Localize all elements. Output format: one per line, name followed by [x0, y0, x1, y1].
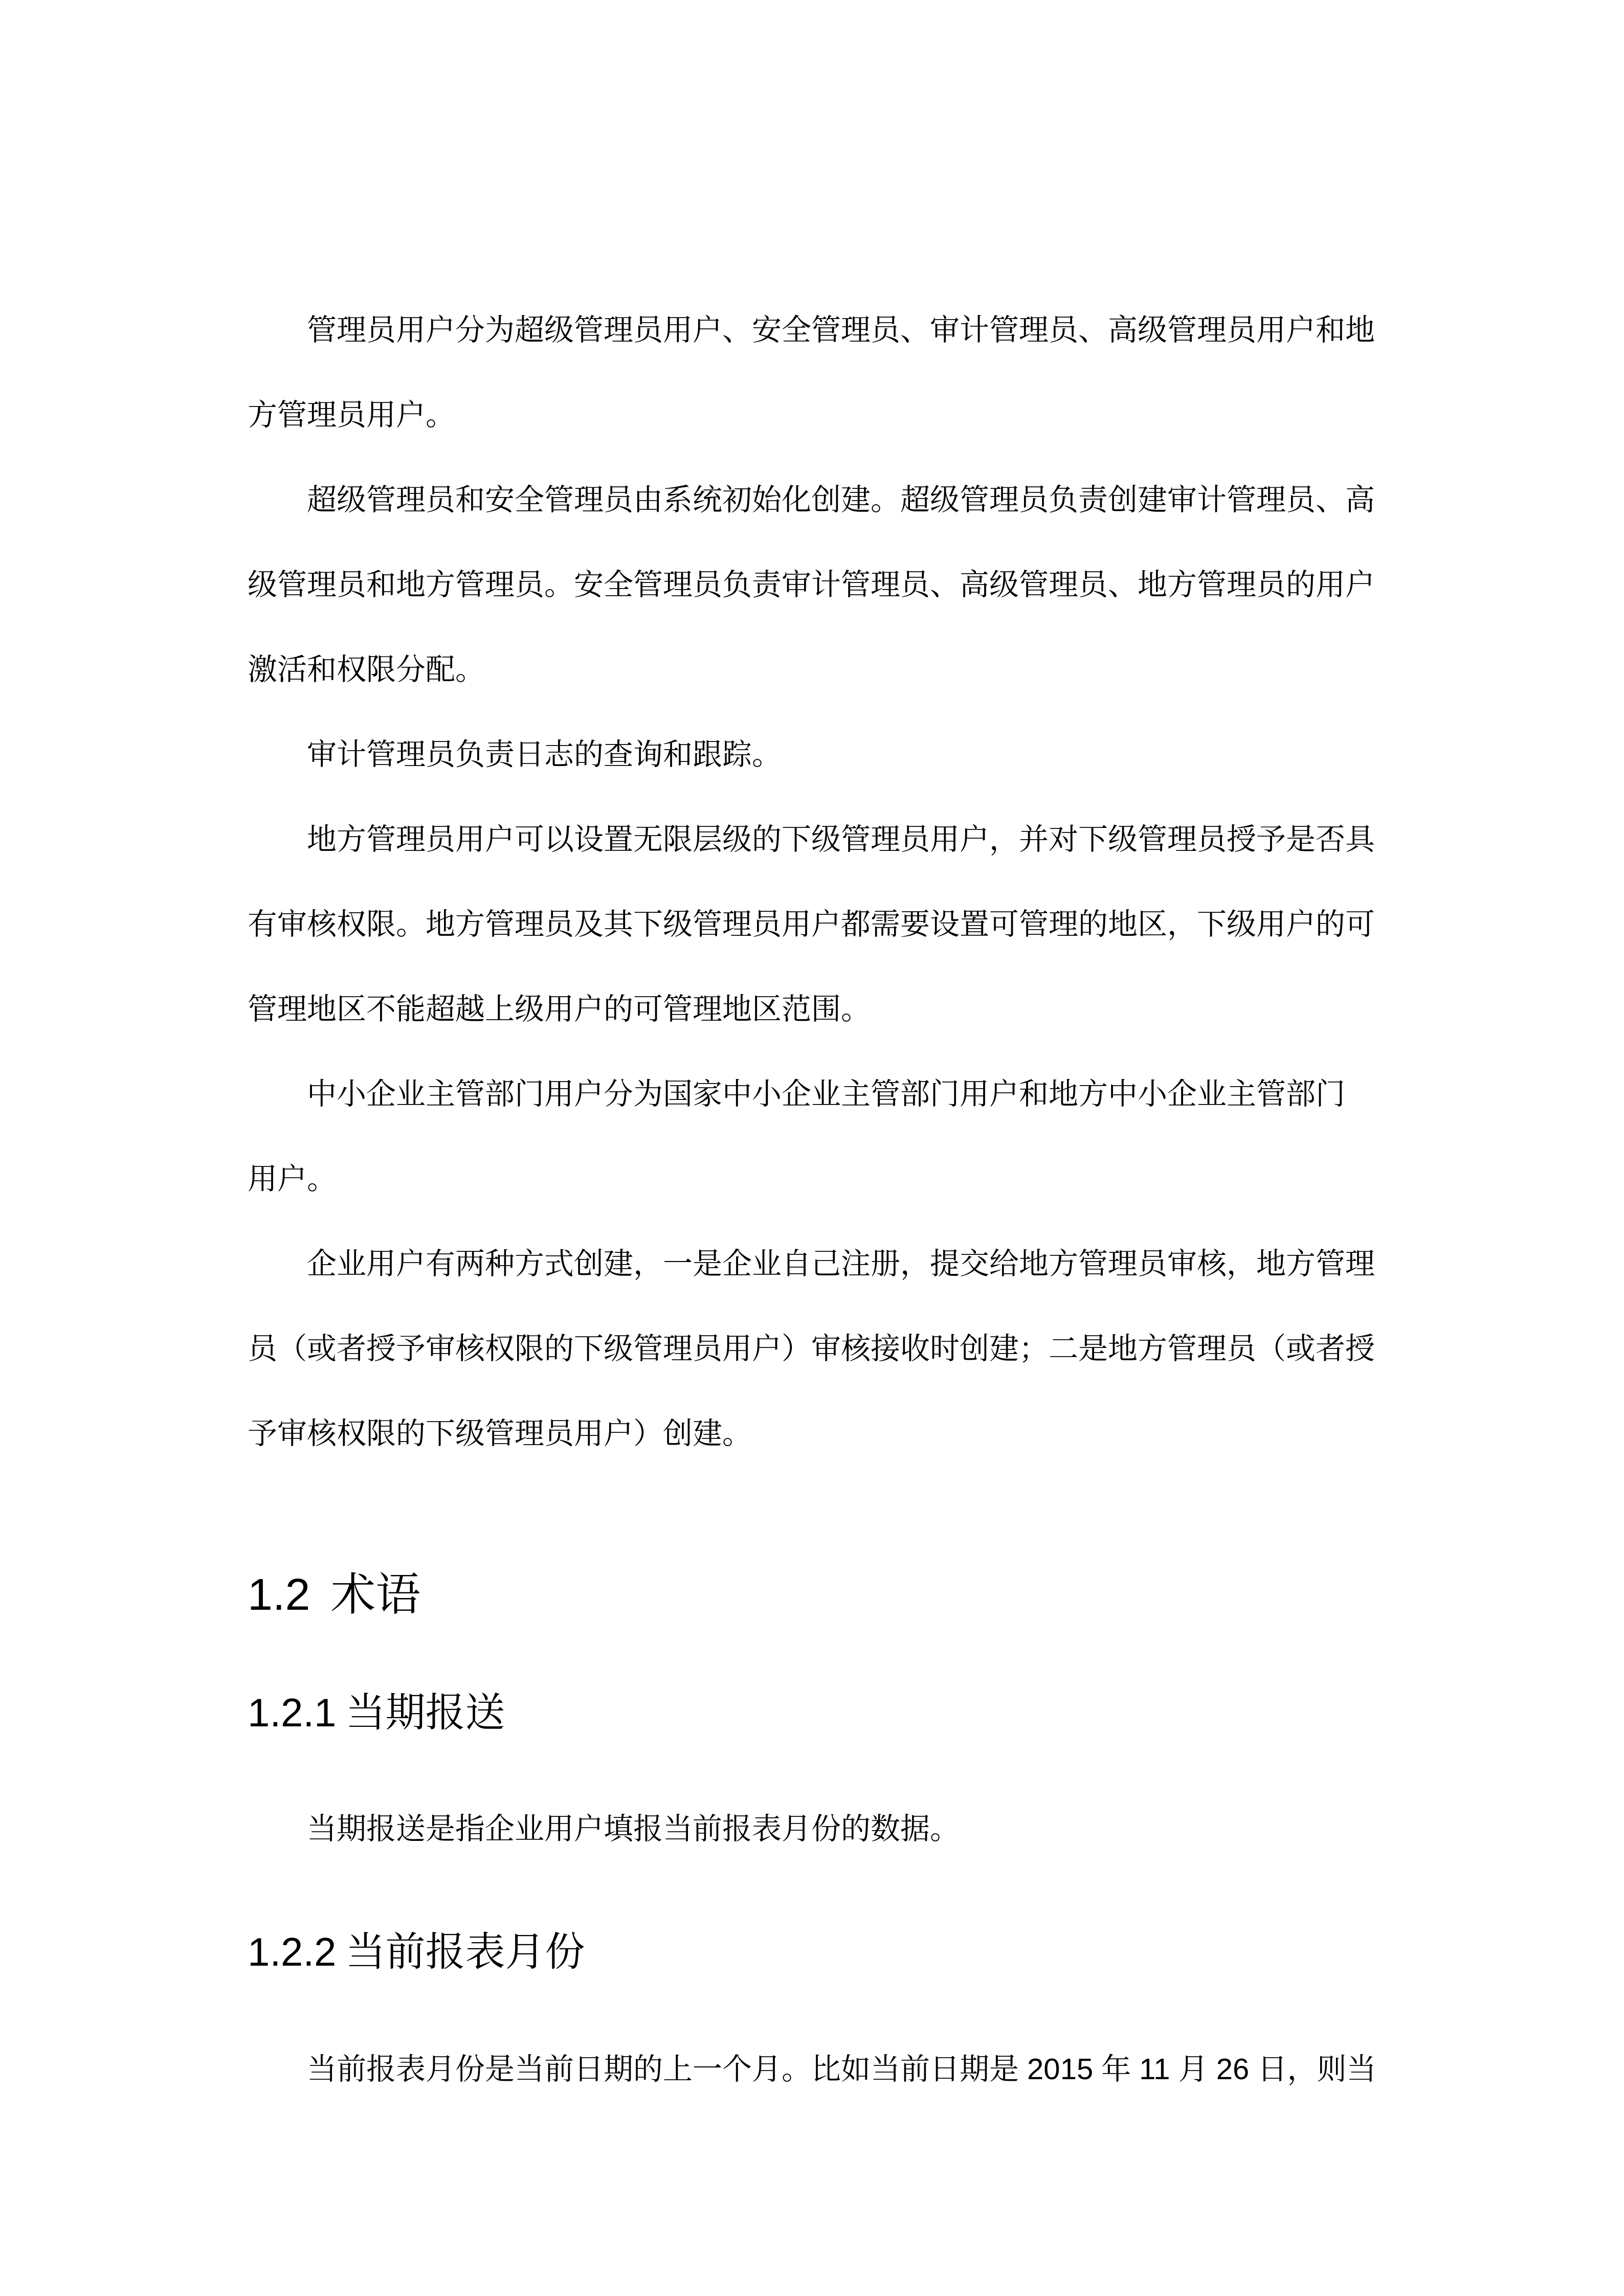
body-line: 予审核权限的下级管理员用户）创建。	[248, 1391, 1376, 1476]
body-line: 管理地区不能超越上级用户的可管理地区范围。	[248, 967, 1376, 1052]
heading-number: 1.2.1	[248, 1690, 336, 1735]
body-line: 超级管理员和安全管理员由系统初始化创建。超级管理员负责创建审计管理员、高	[248, 458, 1376, 543]
body-line: 企业用户有两种方式创建，一是企业自己注册，提交给地方管理员审核，地方管理	[248, 1222, 1376, 1307]
body-line: 激活和权限分配。	[248, 627, 1376, 712]
intro-paragraphs: 管理员用户分为超级管理员用户、安全管理员、审计管理员、高级管理员用户和地方管理员…	[248, 288, 1376, 1476]
body-line: 审计管理员负责日志的查询和跟踪。	[248, 712, 1376, 797]
body-line: 方管理员用户。	[248, 373, 1376, 458]
body-line: 地方管理员用户可以设置无限层级的下级管理员用户，并对下级管理员授予是否具	[248, 797, 1376, 882]
paragraph-line: 当期报送是指企业用户填报当前报表月份的数据。	[248, 1787, 1376, 1872]
body-line: 用户。	[248, 1137, 1376, 1222]
body-line: 员（或者授予审核权限的下级管理员用户）审核接收时创建；二是地方管理员（或者授	[248, 1307, 1376, 1391]
paragraph-line: 当前报表月份是当前日期的上一个月。比如当前日期是 2015 年 11 月 26 …	[248, 2027, 1376, 2112]
heading-title: 术语	[330, 1569, 420, 1619]
body-line: 管理员用户分为超级管理员用户、安全管理员、审计管理员、高级管理员用户和地	[248, 288, 1376, 373]
document-page: 管理员用户分为超级管理员用户、安全管理员、审计管理员、高级管理员用户和地方管理员…	[0, 0, 1624, 2296]
section-heading-1-2: 1.2术语	[248, 1564, 1376, 1625]
heading-number: 1.2	[248, 1569, 310, 1619]
heading-title: 当前报表月份	[345, 1929, 585, 1974]
body-line: 中小企业主管部门用户分为国家中小企业主管部门用户和地方中小企业主管部门	[248, 1052, 1376, 1137]
heading-title: 当期报送	[345, 1690, 505, 1735]
section-heading-1-2-1: 1.2.1当期报送	[248, 1684, 1376, 1741]
heading-number: 1.2.2	[248, 1929, 336, 1974]
section-heading-1-2-2: 1.2.2当前报表月份	[248, 1924, 1376, 1980]
body-line: 级管理员和地方管理员。安全管理员负责审计管理员、高级管理员、地方管理员的用户	[248, 543, 1376, 627]
body-line: 有审核权限。地方管理员及其下级管理员用户都需要设置可管理的地区，下级用户的可	[248, 882, 1376, 967]
